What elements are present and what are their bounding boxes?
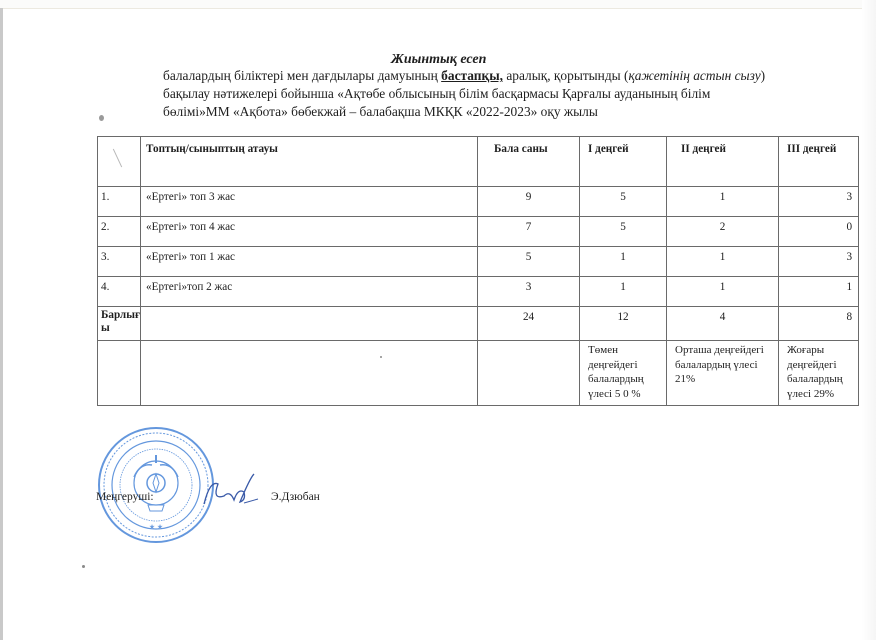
intro-line-2: бақылау нәтижелері бойынша «Ақтөбе облыс… (163, 85, 853, 103)
scan-speck (380, 356, 382, 358)
header-level1: І деңгей (580, 137, 667, 187)
intro-line-1: балалардың біліктері мен дағдылары дамуы… (163, 67, 853, 85)
underlined-stage: бастапқы, (441, 68, 503, 83)
total-level3: 8 (779, 307, 859, 341)
document-title: Жиынтық есеп (391, 52, 486, 68)
table-row: 3. «Ертегі» топ 1 жас 5 1 1 3 (98, 247, 859, 277)
header-count: Бала саны (478, 137, 580, 187)
intro-line-3: бөлімі»ММ «Ақбота» бөбекжай – балабақша … (163, 103, 853, 121)
summary-level1: Төмен деңгейдегі балалардың үлесі 5 0 % (580, 341, 667, 406)
table-header-row: Топтың/сыныптың атауы Бала саны І деңгей… (98, 137, 859, 187)
scan-right-edge (862, 0, 876, 640)
handwritten-signature-icon (200, 470, 260, 510)
scan-left-edge (0, 8, 3, 640)
total-label: Барлығ ы (98, 307, 141, 341)
table-total-row: Барлығ ы 24 12 4 8 (98, 307, 859, 341)
header-name: Топтың/сыныптың атауы (141, 137, 478, 187)
total-count: 24 (478, 307, 580, 341)
italic-note: қажетінің астын сызу (628, 68, 760, 83)
table-row: 2. «Ертегі» топ 4 жас 7 5 2 0 (98, 217, 859, 247)
total-level1: 12 (580, 307, 667, 341)
scan-speck (99, 115, 104, 121)
document-intro: балалардың біліктері мен дағдылары дамуы… (163, 67, 853, 121)
signer-title: Меңгеруші: (96, 491, 154, 503)
header-level2: ІІ деңгей (667, 137, 779, 187)
svg-text:★ ★: ★ ★ (149, 523, 163, 531)
header-level3: ІІІ деңгей (779, 137, 859, 187)
summary-level2: Орташа деңгейдегі балалардың үлесі 21% (667, 341, 779, 406)
scan-speck (82, 565, 85, 568)
table-row: 4. «Ертегі»топ 2 жас 3 1 1 1 (98, 277, 859, 307)
scan-top-edge (0, 0, 876, 9)
total-level2: 4 (667, 307, 779, 341)
signer-name: Э.Дзюбан (271, 491, 320, 503)
summary-level3: Жоғары деңгейдегі балалардың үлесі 29% (779, 341, 859, 406)
table-row: 1. «Ертегі» топ 3 жас 9 5 1 3 (98, 187, 859, 217)
table-summary-row: Төмен деңгейдегі балалардың үлесі 5 0 % … (98, 341, 859, 406)
official-stamp-icon: ★ ★ (96, 425, 216, 545)
results-table: Топтың/сыныптың атауы Бала саны І деңгей… (97, 136, 859, 406)
